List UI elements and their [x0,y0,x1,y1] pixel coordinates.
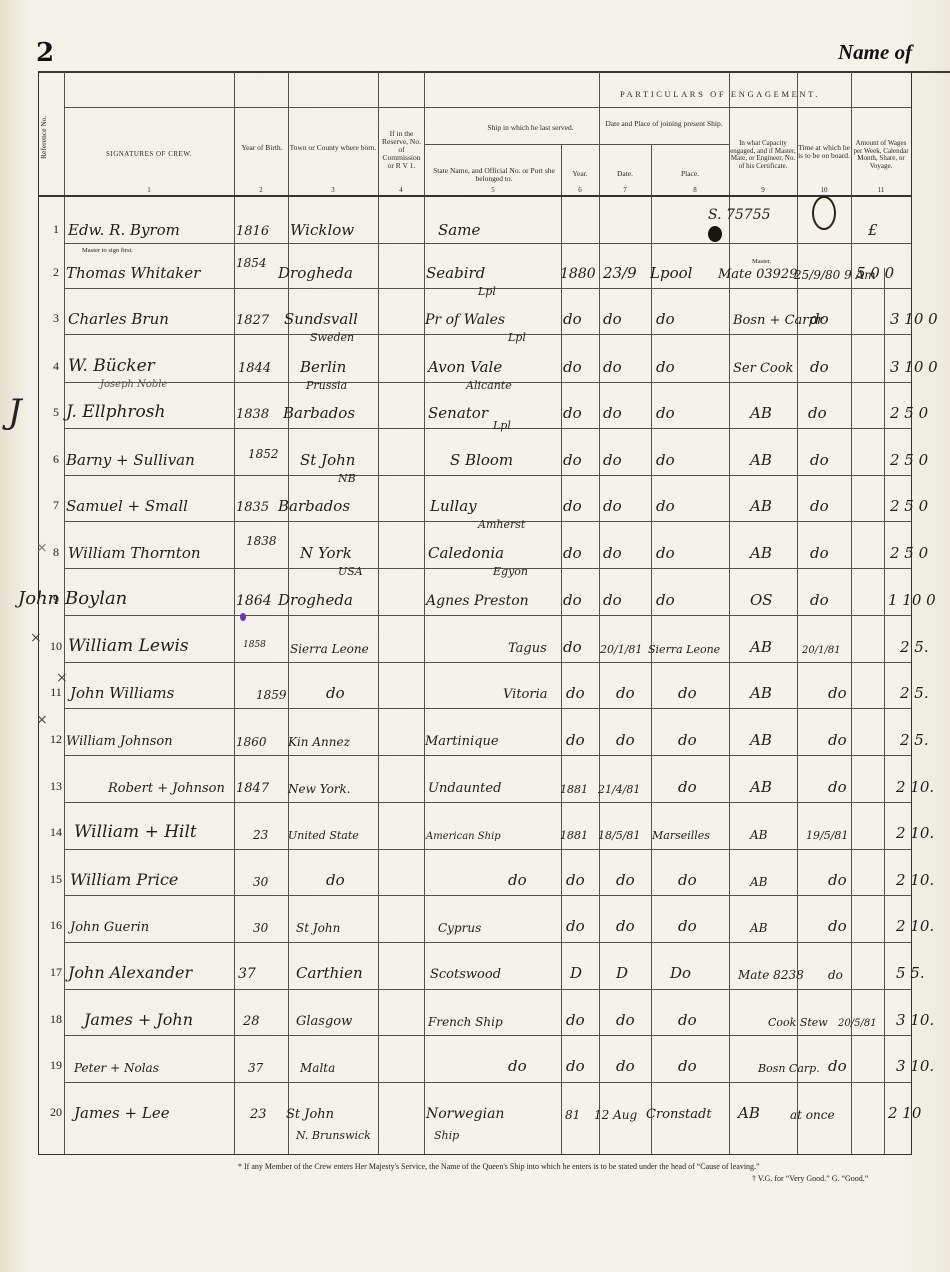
time-on-board: 19/5/81 [806,829,848,842]
wages: 2 5. [900,638,929,656]
birthplace: United State [288,829,359,842]
last-ship: Norwegian [426,1106,504,1122]
column-number: 11 [871,186,891,194]
pencil-annotation: Joseph Noble [100,379,167,390]
year-of-birth: 30 [253,875,268,889]
row-number: 13 [46,779,66,794]
last-ship: Tagus [508,641,547,656]
year-of-birth: 1860 [236,735,267,749]
table-row: 10 William Lewis 1858 Sierra Leone Tagus… [38,617,910,662]
last-ship-type: Ship [434,1129,459,1142]
margin-cross-mark: × [36,540,48,556]
last-ship: Agnes Preston [426,593,529,609]
last-ship: Senator [428,404,488,422]
capacity: AB [750,875,767,889]
wages: 2 5. [900,684,929,702]
ship-year: do [566,684,585,702]
capacity: Cook Stew [768,1016,828,1029]
divider [424,144,729,145]
footnote-vg-key: † V.G. for “Very Good.” G. “Good.” [752,1174,868,1183]
divider [64,107,911,108]
capacity: AB [750,544,772,562]
last-ship: French Ship [428,1015,503,1029]
join-place: do [678,778,697,796]
join-place: Lpool [650,264,692,282]
ship-year: do [563,404,582,422]
capacity: AB [750,638,772,656]
ship-year: do [563,451,582,469]
join-place: do [656,591,675,609]
header-year-of-birth: Year of Birth. [238,144,286,152]
last-ship: Undaunted [428,781,501,796]
row-number: 18 [46,1012,66,1027]
join-place: do [678,684,697,702]
join-place: do [656,404,675,422]
time-on-board: 20/5/81 [838,1018,877,1029]
wages: 5 5. [896,964,925,982]
table-row: 18 James + John 28 Glasgow French Ship d… [38,990,910,1035]
birthplace: Kin Annez [288,735,350,749]
row-number: 7 [46,498,66,513]
ship-year: do [566,1011,585,1029]
time-on-board: do [828,778,847,796]
page-number: 2 [36,38,54,68]
join-place: do [678,1011,697,1029]
birthplace: Malta [300,1061,335,1075]
join-place: do [678,731,697,749]
table-row: 7 Samuel + Small 1835 Barbados Lullay Am… [38,476,910,521]
join-place: do [678,871,697,889]
header-ship-year: Year. [561,170,599,178]
join-place: do [656,310,675,328]
time-on-board: do [810,451,829,469]
join-date: do [603,451,622,469]
last-ship: Pr of Wales [425,312,505,328]
ship-year: 1880 [560,266,596,282]
margin-initial: J [8,392,22,432]
capacity: AB [750,731,772,749]
year-of-birth: 1838 [246,534,277,548]
column-number: 5 [483,186,503,194]
crew-signature: William + Hilt [74,822,197,842]
birthplace: St John [300,451,355,469]
join-date: 12 Aug [594,1108,637,1122]
divider [64,568,911,569]
birthplace: Glasgow [296,1014,352,1029]
ship-year: do [563,591,582,609]
row-number: 1 [46,222,66,237]
table-row: 20 James + Lee 23 St John N. Brunswick N… [38,1083,910,1128]
header-reference-no: Reference No. [39,102,61,172]
wages: 2 5 0 [890,404,928,422]
ship-year: do [566,1057,585,1075]
ink-dot [240,613,246,621]
year-of-birth: 1827 [236,313,269,328]
wages: 2 10. [896,824,934,842]
time-on-board: do [810,358,829,376]
column-number: 7 [615,186,635,194]
join-place: do [678,1057,697,1075]
join-place: Marseilles [652,829,710,842]
crew-signature: William Price [70,870,178,889]
row-number: 3 [46,311,66,326]
row-number: 19 [46,1058,66,1073]
table-row: 17 John Alexander 37 Carthien Scotswood … [38,943,910,988]
wages: 2 5 0 [890,451,928,469]
divider [64,334,911,335]
column-number: 6 [570,186,590,194]
crew-signature: William Thornton [68,544,201,562]
divider [39,195,911,197]
year-of-birth: 1847 [236,781,269,796]
crew-agreement-page: 2 Name of PARTICULARS OF ENGAGEMENT. Ref… [0,0,950,1272]
year-of-birth: 23 [250,1107,267,1122]
wages: 1 10 0 [888,591,936,609]
capacity: AB [738,1104,760,1122]
birthplace: Drogheda [278,264,353,282]
year-of-birth: 1864 [236,593,272,609]
table-row: 2 Thomas Whitaker 1854 Drogheda Seabird … [38,243,910,288]
table-row: 12 William Johnson 1860 Kin Annez Martin… [38,710,910,755]
crew-signature: Barny + Sullivan [66,451,195,469]
wages: 2 10. [896,778,934,796]
margin-cross-mark: × [36,712,48,728]
birthplace: Barbados [278,497,350,515]
margin-cross-mark: × [56,670,68,686]
year-of-birth: 1852 [248,447,279,461]
table-row: 13 Robert + Johnson 1847 New York. Undau… [38,757,910,802]
ship-year: 1881 [560,783,588,796]
wages: 2 10. [896,871,934,889]
wages: 2 5 0 [890,544,928,562]
row-number: 17 [46,965,66,980]
time-on-board: do [828,731,847,749]
time-on-board: do [808,404,827,422]
crew-signature: John Alexander [68,963,192,982]
join-date: do [603,591,622,609]
birthplace: Barbados [283,404,355,422]
header-join-date: Date. [599,170,651,178]
crew-signature: James + John [84,1010,193,1029]
ship-year: do [566,731,585,749]
join-date: do [616,1011,635,1029]
divider [64,755,911,756]
capacity: AB [750,778,772,796]
row-number: 5 [46,405,66,420]
header-wages: Amount of Wages per Week, Calendar Month… [851,140,911,170]
table-row: 16 John Guerin 30 St John Cyprus do do d… [38,896,910,941]
capacity: AB [750,497,772,515]
header-ship-name: State Name, and Official No. or Port she… [429,167,559,183]
join-place: Do [670,964,691,982]
row-number: 16 [46,918,66,933]
capacity: Mate 03929 [718,267,797,282]
crew-signature: Peter + Nolas [74,1061,159,1075]
last-ship: Same [438,221,480,239]
table-row: 9 John Boylan 1864 Drogheda Agnes Presto… [38,570,910,615]
join-date: 20/1/81 [600,643,642,656]
year-of-birth: 1854 [236,256,267,270]
join-place: Sierra Leone [648,643,720,656]
wages: 3 10 0 [890,358,938,376]
margin-cross-mark: × [30,630,42,646]
join-date: do [603,497,622,515]
ship-year: do [563,358,582,376]
header-join-place: Place. [651,170,729,178]
birthplace: Carthien [296,964,363,982]
birthplace: do [326,871,345,889]
birthplace: Sundsvall [284,310,358,328]
time-on-board: do [810,591,829,609]
ink-flourish [812,196,836,230]
ship-year: do [563,638,582,656]
footnote-crew-service: * If any Member of the Crew enters Her M… [238,1162,760,1171]
capacity: AB [750,921,767,935]
table-row: 3 Charles Brun 1827 Sundsvall Sweden Pr … [38,289,910,334]
join-date: do [616,871,635,889]
table-row: 19 Peter + Nolas 37 Malta do do do do Bo… [38,1036,910,1081]
crew-signature: Charles Brun [68,310,169,328]
row-number: 6 [46,452,66,467]
column-number: 8 [685,186,705,194]
last-ship: do [508,871,527,889]
crew-signature: William Lewis [68,636,189,656]
ship-year: 1881 [560,829,588,842]
crew-signature: J. Ellphrosh [66,402,165,422]
birthplace: Berlin [300,358,346,376]
birthplace: St John [296,921,340,935]
join-date: do [603,358,622,376]
time-on-board: do [828,1057,847,1075]
capacity: Mate 8238 [738,968,804,982]
capacity: S. 75755 [708,207,771,223]
crew-signature: Thomas Whitaker [66,264,200,282]
wages: 2 5 0 [890,497,928,515]
year-of-birth: 1859 [256,688,287,702]
year-of-birth: 1816 [236,224,269,239]
header-reserve: If in the Reserve, No. of Commission or … [379,130,424,170]
join-place: Cronstadt [646,1107,712,1122]
row-number: 4 [46,359,66,374]
time-on-board: do [828,684,847,702]
year-of-birth: 37 [248,1061,263,1075]
row-number: 10 [46,639,66,654]
last-ship: Scotswood [430,967,501,982]
row-number: 2 [46,265,66,280]
join-place: do [656,544,675,562]
year-of-birth: 37 [238,966,256,982]
table-row: 14 William + Hilt 23 United State Americ… [38,803,910,848]
join-date: do [603,544,622,562]
row-number: 20 [46,1105,66,1120]
crew-signature: Edw. R. Byrom [68,221,180,239]
capacity: Ser Cook [733,361,793,376]
ink-blot [708,226,722,242]
ship-year: do [563,544,582,562]
birthplace: New York. [288,782,351,796]
time-on-board: do [810,497,829,515]
last-ship: Caledonia [428,544,504,562]
crew-signature: Robert + Johnson [108,781,225,796]
last-ship: Avon Vale [428,358,502,376]
join-date: 23/9 [603,264,637,282]
last-ship: Cyprus [438,921,481,935]
time-on-board: at once [790,1108,835,1122]
join-place: do [656,497,675,515]
join-place: do [678,917,697,935]
year-of-birth: 1835 [236,500,269,515]
row-number: 8 [46,545,66,560]
year-of-birth: 1838 [236,407,269,422]
name-of-heading: Name of [838,40,912,65]
column-number: 1 [139,186,159,194]
ship-year: D [570,964,582,982]
join-date: do [616,917,635,935]
birthplace: Wicklow [290,221,354,239]
table-row: 15 William Price 30 do do do do do AB do… [38,850,910,895]
capacity: AB [750,684,772,702]
header-date-place-joining: Date and Place of joining present Ship. [599,120,729,128]
row-number: 12 [46,732,66,747]
year-of-birth: 30 [253,921,268,935]
birthplace: St John [286,1107,334,1122]
join-date: do [616,731,635,749]
table-row: 4 W. Bücker 1844 Berlin Prussia Avon Val… [38,337,910,382]
capacity: OS [750,591,773,609]
join-date: D [616,964,628,982]
wages: 3 10 0 [890,310,938,328]
wages: 3 10. [896,1011,934,1029]
divider [64,615,911,616]
birthplace: N York [300,544,352,562]
row-number: 11 [46,685,66,700]
header-signatures: SIGNATURES OF CREW. [64,150,234,158]
join-date: 18/5/81 [598,829,640,842]
table-row: 1 Edw. R. Byrom 1816 Wicklow Same S. 757… [38,200,910,245]
wages: 5 0 0 [856,264,894,282]
last-ship: do [508,1057,527,1075]
ship-year: do [566,871,585,889]
wages: £ [868,221,878,239]
table-row: 5 Joseph Noble J. Ellphrosh 1838 Barbado… [38,383,910,428]
row-number: 14 [46,825,66,840]
last-ship: Martinique [425,734,499,749]
year-of-birth: 1844 [238,361,271,376]
column-number: 9 [753,186,773,194]
header-time-on-board: Time at which he is to be on board. [797,144,851,160]
join-date: do [616,684,635,702]
wages: 2 5. [900,731,929,749]
divider [64,428,911,429]
birthplace: do [326,684,345,702]
time-on-board: do [828,968,843,982]
header-town-born: Town or County where born. [289,144,377,152]
join-date: 21/4/81 [598,783,640,796]
divider [64,708,911,709]
column-number: 4 [391,186,411,194]
header-capacity: In what Capacity engaged, and if Master,… [729,140,797,170]
year-of-birth: 1858 [243,640,266,650]
crew-signature: John Boylan [18,588,127,609]
capacity: AB [750,451,772,469]
birthplace-province: N. Brunswick [296,1129,371,1142]
join-date: do [603,404,622,422]
time-on-board: do [810,310,829,328]
capacity: AB [750,828,767,842]
table-row: 6 Barny + Sullivan 1852 St John NB S Blo… [38,430,910,475]
birthplace: Drogheda [278,591,353,609]
capacity: AB [750,404,772,422]
last-ship: S Bloom [450,451,513,469]
wages: 3 10. [896,1057,934,1075]
time-on-board: do [810,544,829,562]
table-row: 8 William Thornton 1838 N York USA Caled… [38,523,910,568]
column-number: 3 [323,186,343,194]
last-ship: Seabird [426,264,485,282]
crew-signature: John Guerin [70,920,149,935]
wages: 2 10. [896,917,934,935]
time-on-board: do [828,917,847,935]
join-date: do [603,310,622,328]
crew-signature: William Johnson [66,734,173,749]
column-number: 2 [251,186,271,194]
time-on-board: do [828,871,847,889]
last-ship: American Ship [426,831,501,842]
birthplace: Sierra Leone [290,642,369,656]
join-date: do [616,1057,635,1075]
capacity: Bosn Carp. [758,1062,820,1075]
table-row: 11 John Williams 1859 do Vitoria do do d… [38,663,910,708]
last-ship: Lullay [430,497,477,515]
year-of-birth: 28 [243,1014,260,1029]
time-on-board: 20/1/81 [802,645,841,656]
ship-year: do [566,917,585,935]
crew-signature: W. Bücker [68,356,155,376]
ship-year: do [563,310,582,328]
join-place: do [656,358,675,376]
year-of-birth: 23 [253,828,268,842]
last-ship: Vitoria [503,687,548,702]
crew-signature: James + Lee [74,1104,170,1122]
ship-year: do [563,497,582,515]
crew-signature: John Williams [70,684,174,702]
wages: 2 10 [888,1104,921,1122]
join-place: do [656,451,675,469]
crew-signature: Samuel + Small [66,497,188,515]
column-number: 10 [814,186,834,194]
row-number: 15 [46,872,66,887]
ship-year: 81 [565,1108,580,1122]
